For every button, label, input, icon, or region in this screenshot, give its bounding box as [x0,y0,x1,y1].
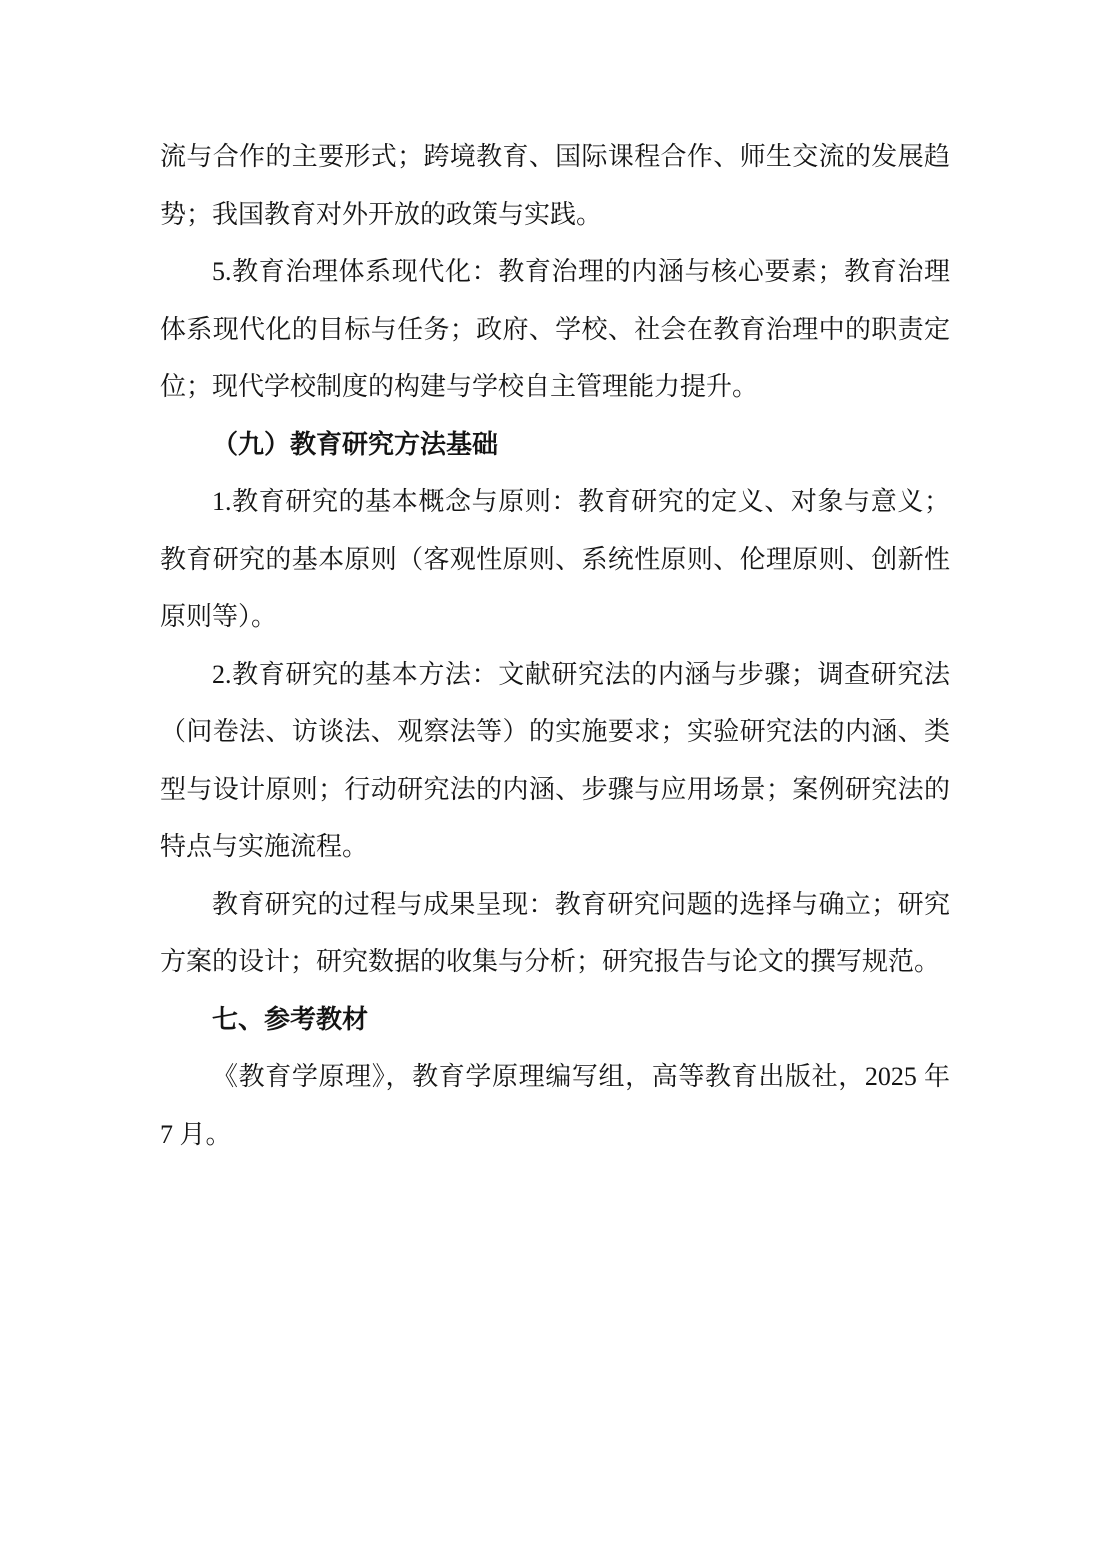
body-paragraph: 5.教育治理体系现代化：教育治理的内涵与核心要素；教育治理体系现代化的目标与任务… [160,243,950,416]
body-paragraph: 2.教育研究的基本方法：文献研究法的内涵与步骤；调查研究法（问卷法、访谈法、观察… [160,646,950,876]
section-heading: （九）教育研究方法基础 [160,416,950,474]
body-paragraph: 1.教育研究的基本概念与原则：教育研究的定义、对象与意义；教育研究的基本原则（客… [160,473,950,646]
body-paragraph: 教育研究的过程与成果呈现：教育研究问题的选择与确立；研究方案的设计；研究数据的收… [160,876,950,991]
document-body: 流与合作的主要形式；跨境教育、国际课程合作、师生交流的发展趋势；我国教育对外开放… [160,128,950,1163]
section-heading: 七、参考教材 [160,991,950,1049]
body-paragraph: 流与合作的主要形式；跨境教育、国际课程合作、师生交流的发展趋势；我国教育对外开放… [160,128,950,243]
document-page: 流与合作的主要形式；跨境教育、国际课程合作、师生交流的发展趋势；我国教育对外开放… [0,0,1110,1554]
body-paragraph: 《教育学原理》，教育学原理编写组，高等教育出版社，2025 年 7 月。 [160,1048,950,1163]
